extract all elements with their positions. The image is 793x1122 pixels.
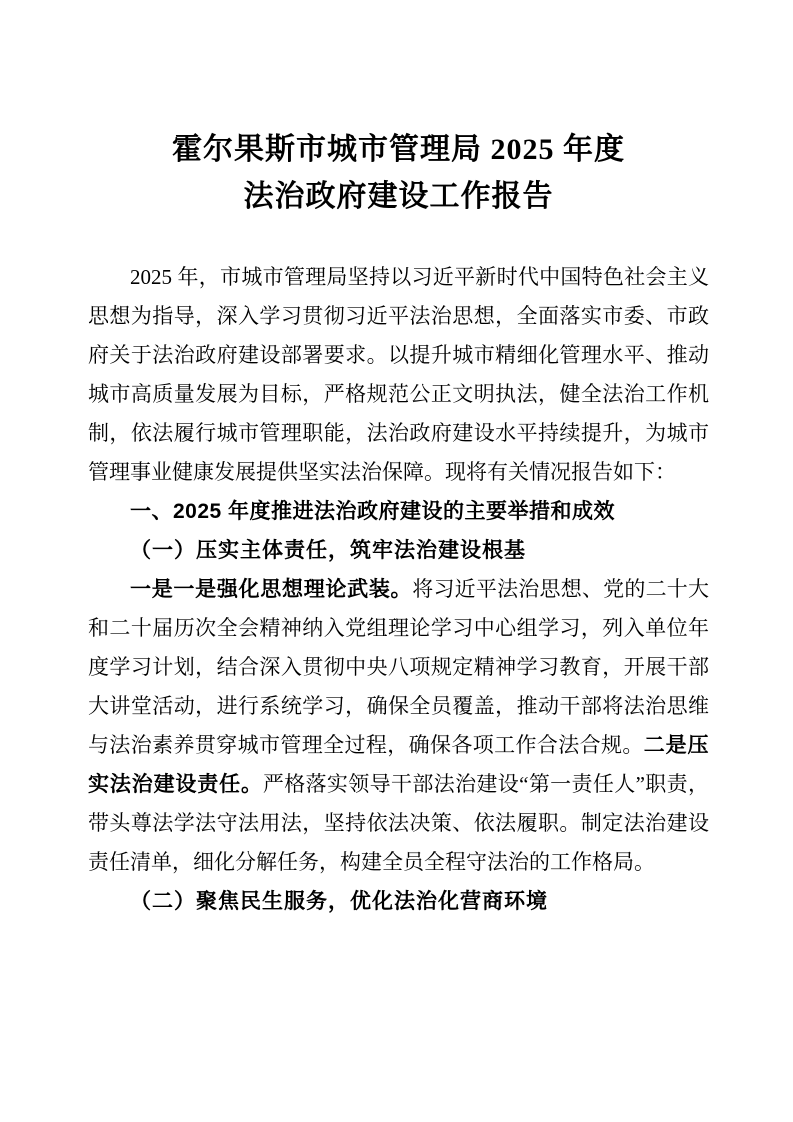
document-title-line2: 法治政府建设工作报告 (244, 180, 554, 213)
document-body: 2025 年，市城市管理局坚持以习近平新时代中国特色社会主义思想为指导，深入学习… (88, 258, 709, 921)
item-1-text: 将习近平法治思想、党的二十大和二十届历次全会精神纳入党组理论学习中心组学习，列入… (88, 577, 709, 757)
subsection-1-1-paragraph: 一是一是强化思想理论武装。将习近平法治思想、党的二十大和二十届历次全会精神纳入党… (88, 570, 709, 882)
document-page: 霍尔果斯市城市管理局 2025 年度 法治政府建设工作报告 2025 年，市城市… (0, 0, 793, 1122)
subsection-1-2-heading: （二）聚焦民生服务，优化法治化营商环境 (88, 882, 709, 921)
item-1-lead: 一是一是强化思想理论武装。 (130, 577, 412, 601)
section-1-heading: 一、2025 年度推进法治政府建设的主要举措和成效 (88, 492, 709, 531)
document-title-line1: 霍尔果斯市城市管理局 2025 年度 (172, 133, 625, 166)
document-title: 霍尔果斯市城市管理局 2025 年度 法治政府建设工作报告 (88, 126, 709, 220)
intro-paragraph: 2025 年，市城市管理局坚持以习近平新时代中国特色社会主义思想为指导，深入学习… (88, 258, 709, 492)
subsection-1-1-heading: （一）压实主体责任，筑牢法治建设根基 (88, 531, 709, 570)
